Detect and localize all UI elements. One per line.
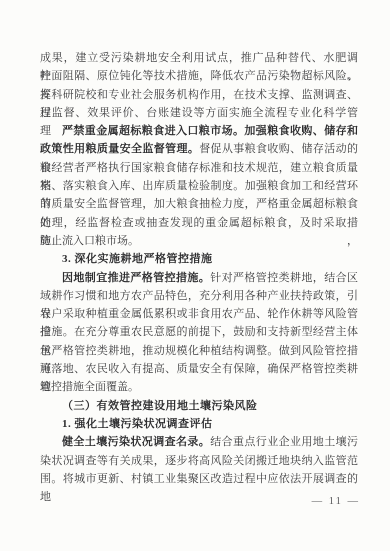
- text-line: 因地制宜推进严格管控措施。针对严格管控类耕地，结合区: [40, 269, 358, 287]
- text-line: 围。将城市更新、村镇工业集聚区改造过程中应依法开展调查的地: [40, 470, 358, 488]
- text-segment: 政策性用粮质量安全监督管理。: [40, 143, 199, 155]
- text-line: 成果，建立受污染耕地安全利用试点，推广品种替代、水肥调控、: [40, 49, 358, 67]
- page-number: — 11 —: [312, 496, 360, 507]
- text-line: 挥科研院校和专业社会服务机构作用，在技术支撑、监测调查、过: [40, 86, 358, 104]
- text-line: 农户采取种植重金属低累积或非食用农产品、轮作休耕等风险管控: [40, 305, 358, 323]
- document-page: 成果，建立受污染耕地安全利用试点，推广品种替代、水肥调控、叶面阻隔、原位钝化等技…: [0, 0, 390, 551]
- text-line: 的质量安全监督管理，加大粮食抽检力度，严格重金属超标粮食的: [40, 195, 358, 213]
- text-line: 健全土壤污染状况调查名录。结合重点行业企业用地土壤污: [40, 433, 358, 451]
- text-line: 可落地、农民收入有提高、质量安全有保障，确保严格管控类耕地: [40, 360, 358, 378]
- text-segment: 针对严格管控类耕地，结合区: [210, 272, 358, 284]
- text-segment: 健全土壤污染状况调查名录。: [62, 436, 210, 448]
- text-segment: 围。将城市更新、村镇工业集聚区改造过程中应依法开展调查的地: [40, 473, 358, 503]
- text-line: 食经营者严格执行国家粮食储存标准和技术规范，建立粮食质量档: [40, 159, 358, 177]
- text-line: 案、落实粮食入库、出库质量检验制度。加强粮食加工和经营环节: [40, 177, 358, 195]
- text-line: 措施。在充分尊重农民意愿的前提下，鼓励和支持新型经营主体承: [40, 323, 358, 341]
- text-line: 政策性用粮质量安全监督管理。督促从事粮食收购、储存活动的粮: [40, 140, 358, 158]
- text-line: 包严格管控类耕地，推动规模化种植结构调整。做到风险管控措施: [40, 342, 358, 360]
- text-segment: 1. 强化土壤污染状况调查评估: [62, 418, 213, 430]
- text-block: 成果，建立受污染耕地安全利用试点，推广品种替代、水肥调控、叶面阻隔、原位钝化等技…: [40, 49, 358, 488]
- heading-line: （三）有效管控建设用地土壤污染风险: [40, 397, 358, 415]
- text-segment: （三）有效管控建设用地土壤污染风险: [62, 400, 258, 412]
- text-segment: 结合重点行业企业用地土壤污: [210, 436, 358, 448]
- text-line: 处理，经监督检查或抽查发现的重金属超标粮食，及时采取措施，: [40, 214, 358, 232]
- text-segment: 3. 深化实施耕地严格管控措施: [62, 253, 213, 265]
- text-line: 管控措施全面覆盖。: [40, 378, 358, 396]
- text-segment: 防止流入口粮市场。: [40, 235, 139, 247]
- text-line: 程监督、效果评价、台账建设等方面实施全流程专业化科学管理。: [40, 104, 358, 122]
- text-segment: 染状况调查等有关成果，逐步将高风险关闭搬迁地块纳入监管范: [40, 455, 358, 467]
- heading-line: 3. 深化实施耕地严格管控措施: [40, 250, 358, 268]
- heading-line: 1. 强化土壤污染状况调查评估: [40, 415, 358, 433]
- text-segment: 因地制宜推进严格管控措施。: [62, 272, 210, 284]
- text-line: 严禁重金属超标粮食进入口粮市场。加强粮食收购、储存和: [40, 122, 358, 140]
- text-line: 染状况调查等有关成果，逐步将高风险关闭搬迁地块纳入监管范: [40, 452, 358, 470]
- text-line: 叶面阻隔、原位钝化等技术措施，降低农产品污染物超标风险。发: [40, 67, 358, 85]
- text-line: 域耕作习惯和地方农产品特色，充分利用各种产业扶持政策，引导: [40, 287, 358, 305]
- text-segment: 管控措施全面覆盖。: [40, 381, 139, 393]
- text-segment: 严禁重金属超标粮食进入口粮市场。加强粮食收购、储存和: [62, 125, 358, 137]
